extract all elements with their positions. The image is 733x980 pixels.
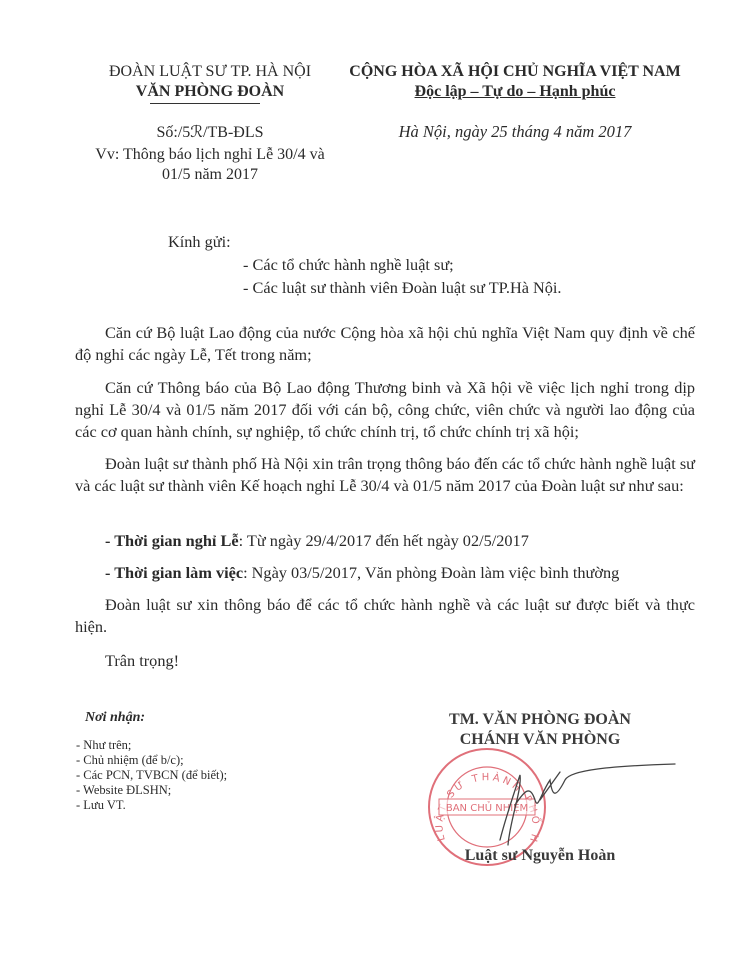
recipient-item: - Như trên; (76, 738, 131, 753)
recipient-item: - Lưu VT. (76, 798, 126, 813)
addressee-label: Kính gửi: (168, 232, 231, 252)
office-underline (150, 103, 260, 104)
recipients-label: Nơi nhận: (85, 710, 145, 726)
header-left: ĐOÀN LUẬT SƯ TP. HÀ NỘI VĂN PHÒNG ĐOÀN (60, 62, 360, 102)
header-right: CỘNG HÒA XÃ HỘI CHỦ NGHĨA VIỆT NAM Độc l… (340, 62, 690, 102)
signature-title-1: TM. VĂN PHÒNG ĐOÀN (400, 710, 680, 730)
subject-line-2: 01/5 năm 2017 (60, 165, 360, 185)
closing-greeting: Trân trọng! (105, 650, 695, 672)
paragraph-announcement: Đoàn luật sư thành phố Hà Nội xin trân t… (75, 453, 695, 497)
signer-name: Luật sư Nguyễn Hoàn (400, 846, 680, 866)
paragraph-legal-basis-2: Căn cứ Thông báo của Bộ Lao động Thương … (75, 377, 695, 443)
addressee-item: - Các tổ chức hành nghề luật sư; (243, 255, 454, 275)
holiday-value: : Từ ngày 29/4/2017 đến hết ngày 02/5/20… (239, 531, 529, 550)
addressee-item: - Các luật sư thành viên Đoàn luật sư TP… (243, 278, 562, 298)
office-name: VĂN PHÒNG ĐOÀN (60, 82, 360, 102)
recipient-item: - Chủ nhiệm (để b/c); (76, 753, 184, 768)
work-label: - Thời gian làm việc (105, 563, 243, 582)
holiday-label: - Thời gian nghỉ Lễ (105, 531, 239, 550)
national-motto: Độc lập – Tự do – Hạnh phúc (340, 82, 690, 102)
document-number: Số:/5ℛ/TB-ĐLS (60, 122, 360, 142)
place-date: Hà Nội, ngày 25 tháng 4 năm 2017 (340, 122, 690, 142)
org-name: ĐOÀN LUẬT SƯ TP. HÀ NỘI (60, 62, 360, 82)
holiday-period: - Thời gian nghỉ Lễ: Từ ngày 29/4/2017 đ… (105, 530, 695, 552)
document-subject: Vv: Thông báo lịch nghỉ Lễ 30/4 và 01/5 … (60, 145, 360, 185)
nation-name: CỘNG HÒA XÃ HỘI CHỦ NGHĨA VIỆT NAM (340, 62, 690, 82)
subject-line-1: Vv: Thông báo lịch nghỉ Lễ 30/4 và (60, 145, 360, 165)
paragraph-legal-basis-1: Căn cứ Bộ luật Lao động của nước Cộng hò… (75, 322, 695, 366)
paragraph-closing-note: Đoàn luật sư xin thông báo để các tổ chứ… (75, 594, 695, 638)
recipient-item: - Website ĐLSHN; (76, 783, 171, 798)
handwritten-signature-icon (480, 760, 680, 850)
recipient-item: - Các PCN, TVBCN (để biết); (76, 768, 227, 783)
work-resume: - Thời gian làm việc: Ngày 03/5/2017, Vă… (105, 562, 695, 584)
work-value: : Ngày 03/5/2017, Văn phòng Đoàn làm việ… (243, 563, 619, 582)
